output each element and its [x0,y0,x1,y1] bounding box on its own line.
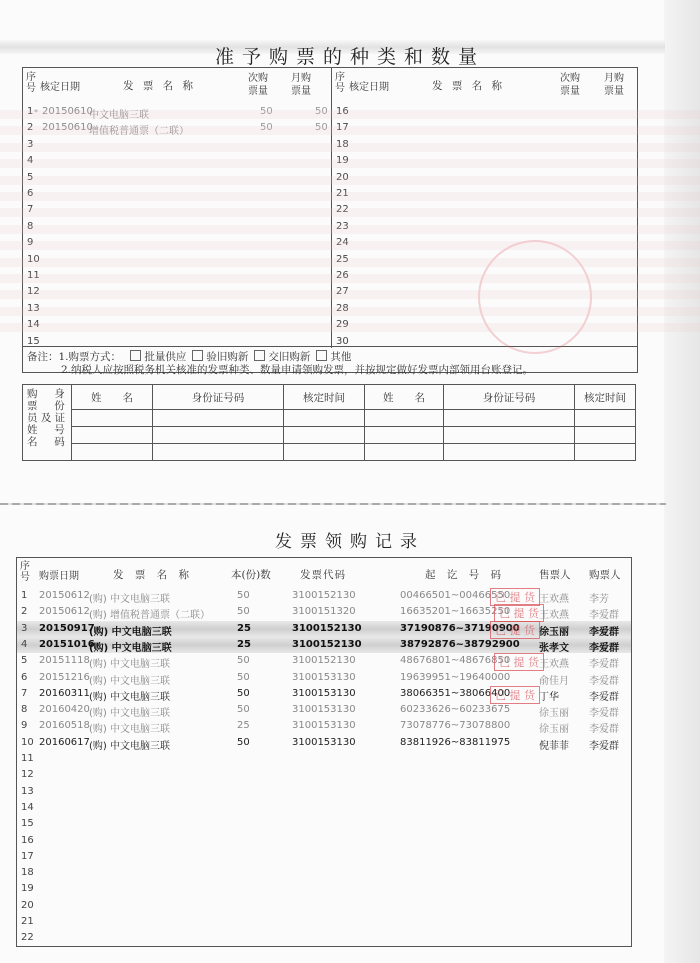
header-name: 发 票 名 称 [432,78,505,93]
header-name: 发 票 名 称 [123,78,196,93]
row-buyer: 李爱群 [589,672,619,687]
buyer-cell[interactable] [444,444,575,461]
approved-types-header: 序号核定日期发 票 名 称次购 票量月购 票量 [23,68,331,100]
row-number: 1 [21,590,27,601]
row-code: 3100153130 [292,737,356,748]
header-id-1: 身份证号码 [153,385,284,410]
buyer-cell[interactable] [284,410,365,427]
record-row: 11 [17,751,631,767]
row-code: 3100153130 [292,688,356,699]
row-name: (购) 中文电脑三联 [89,704,170,719]
row-number: 6 [21,672,27,683]
row-number: 19 [21,883,34,894]
record-row: 920160518(购) 中文电脑三联25310015313073078776~… [17,718,631,734]
row-buyer: 李爱群 [589,655,619,670]
header-per-month: 月购 票量 [604,72,624,98]
received-stamp: 已 提 货 [490,588,540,606]
buyer-cell[interactable] [444,427,575,444]
header-date: 核定日期 [40,78,80,93]
row-seller: 徐玉丽 [539,623,569,638]
row-number: 3 [21,623,27,634]
row-date: 20150917 [39,623,95,634]
row-code: 3100152130 [292,655,356,666]
row-date: 20150612 [39,590,90,601]
buyer-cell[interactable] [72,444,153,461]
header-name-1: 姓 名 [72,385,153,410]
scan-tint-band [0,323,700,332]
buyer-cell[interactable] [444,410,575,427]
buyer-cell[interactable] [575,444,636,461]
row-number: 5 [21,655,27,666]
scan-tint-band [0,241,700,250]
row-number: 15 [21,818,34,829]
buyer-cell[interactable] [153,410,284,427]
row-number: 20 [21,900,34,911]
scan-tint-band [0,274,700,283]
buyer-cell[interactable] [284,444,365,461]
record-row: 17 [17,849,631,865]
buyer-cell[interactable] [72,410,153,427]
buyer-cell[interactable] [72,427,153,444]
buyer-cell[interactable] [284,427,365,444]
row-count: 50 [237,672,250,683]
header-per-purchase: 次购 票量 [560,72,580,98]
record-row: 620151216(购) 中文电脑三联50310015313019639951~… [17,670,631,686]
record-row: 16 [17,833,631,849]
row-code: 3100153130 [292,720,356,731]
row-seller: 张孝文 [539,639,569,654]
checkbox-icon[interactable] [130,350,141,361]
row-name: (购) 中文电脑三联 [89,737,170,752]
row-number: 9 [21,720,27,731]
header-date: 核定日期 [349,78,389,93]
row-buyer: 李爱群 [589,688,619,703]
row-number: 12 [21,769,34,780]
header-seq: 序号 [26,72,36,94]
record-row: 13 [17,784,631,800]
buyer-cell[interactable] [365,444,444,461]
row-number: 2 [21,606,27,617]
row-date: 20160518 [39,720,90,731]
buyer-cell[interactable] [153,427,284,444]
row-range: 38792876~38792900 [400,639,520,650]
row-name: (购) 中文电脑三联 [89,590,170,605]
record-row: 21 [17,914,631,930]
row-seller: 丁华 [539,688,559,703]
buyer-cell[interactable] [365,427,444,444]
header-time-2: 核定时间 [575,385,636,410]
row-buyer: 李爱群 [589,623,619,638]
record-row: 22 [17,930,631,946]
received-stamp: 已 提 货 [490,686,540,704]
row-number: 14 [21,802,34,813]
header-count: 本(份)数 [231,567,271,582]
header-name-2: 姓 名 [365,385,444,410]
row-number: 15 [27,336,40,347]
buyer-cell[interactable] [575,410,636,427]
row-count: 50 [237,704,250,715]
row-range: 73078776~73078800 [400,720,510,731]
received-stamp: 已 提 货 [494,604,544,622]
row-date: 20151016 [39,639,95,650]
approved-types-header: 序号核定日期发 票 名 称次购 票量月购 票量 [332,68,637,100]
record-row: 12 [17,767,631,783]
buyer-cell[interactable] [365,410,444,427]
page-fold-line [0,503,666,505]
row-number: 7 [21,688,27,699]
row-number: 13 [21,786,34,797]
row-buyer: 李爱群 [589,720,619,735]
row-seller: 徐玉丽 [539,704,569,719]
checkbox-icon[interactable] [254,350,265,361]
row-seller: 俞佳月 [539,672,569,687]
row-number: 11 [21,753,34,764]
header-date: 购票日期 [39,567,79,582]
row-buyer: 李爱群 [589,737,619,752]
row-count: 50 [237,737,250,748]
scan-tint-band [0,176,700,185]
row-range: 19639951~19640000 [400,672,510,683]
row-count: 25 [237,639,251,650]
row-count: 25 [237,720,250,731]
row-date: 20151216 [39,672,90,683]
row-range: 60233626~60233675 [400,704,510,715]
section-title-purchase-records: 发票领购记录 [0,527,700,552]
row-count: 50 [237,606,250,617]
header-id-2: 身份证号码 [444,385,575,410]
row-buyer: 李爱群 [589,639,619,654]
scan-tint-band [0,159,700,168]
row-name: (购) 增值税普通票（二联） [89,606,210,621]
header-seller: 售票人 [539,567,571,582]
header-buyer: 购票人 [589,567,621,582]
row-name: (购) 中文电脑三联 [89,688,170,703]
row-date: 20160311 [39,688,90,699]
row-date: 20151118 [39,655,90,666]
row-date: 20160420 [39,704,90,715]
buyer-id-table: 购 身票 份员 及 证姓 号名 码 姓 名 身份证号码 核定时间 姓 名 身份证… [22,384,636,461]
row-number: 18 [21,867,34,878]
row-count: 25 [237,623,251,634]
header-range: 起 讫 号 码 [425,567,505,582]
scan-tint-band [0,126,700,135]
row-name: (购) 中文电脑三联 [89,655,170,670]
row-buyer: 李爱群 [589,606,619,621]
row-count: 50 [237,688,250,699]
received-stamp: 已 提 货 [490,621,540,639]
row-code: 3100153130 [292,704,356,715]
record-row: 420151016(购) 中文电脑三联25310015213038792876~… [17,637,631,653]
scan-tint-band [0,192,700,201]
header-code: 发票代码 [300,567,346,582]
received-stamp: 已 提 货 [494,653,544,671]
row-number: 17 [21,851,34,862]
row-number: 4 [21,639,27,650]
record-row: 15 [17,816,631,832]
row-date: 20150612 [39,606,90,617]
row-name: (购) 中文电脑三联 [89,639,172,654]
checkbox-icon[interactable] [316,350,327,361]
record-row: 19 [17,881,631,897]
header-per-month: 月购 票量 [291,72,311,98]
row-code: 3100152130 [292,623,362,634]
buyer-row-label: 购 身票 份员 及 证姓 号名 码 [23,385,72,461]
checkbox-icon[interactable] [192,350,203,361]
row-code: 3100152130 [292,639,362,650]
remarks-line2: 2.纳税人应按照税务机关核准的发票种类、数量申请领购发票，并按规定做好发票内部领… [61,362,533,377]
header-time-1: 核定时间 [284,385,365,410]
record-row: 20 [17,898,631,914]
row-name: (购) 中文电脑三联 [89,720,170,735]
header-seq: 序号 [20,561,30,583]
row-seller: 徐玉丽 [539,720,569,735]
buyer-row-label-text: 购 身票 份员 及 证姓 号名 码 [23,385,71,451]
record-row: 18 [17,865,631,881]
row-number: 22 [21,932,34,943]
row-date: 20160617 [39,737,90,748]
row-count: 50 [237,590,250,601]
header-name: 发 票 名 称 [113,567,193,582]
scan-tint-band [0,258,700,267]
row-number: 8 [21,704,27,715]
record-row: 820160420(购) 中文电脑三联50310015313060233626~… [17,702,631,718]
scan-tint-band [0,110,700,119]
row-buyer: 李芳 [589,590,609,605]
row-range: 83811926~83811975 [400,737,510,748]
row-name: (购) 中文电脑三联 [89,672,170,687]
record-row: 14 [17,800,631,816]
header-seq: 序号 [335,72,345,94]
row-number: 30 [336,336,349,347]
row-number: 21 [21,916,34,927]
buyer-cell[interactable] [153,444,284,461]
scan-tint-band [0,290,700,299]
row-seller: 倪菲菲 [539,737,569,752]
record-row: 1020160617(购) 中文电脑三联50310015313083811926… [17,735,631,751]
header-per-purchase: 次购 票量 [248,72,268,98]
row-number: 10 [21,737,34,748]
row-name: (购) 中文电脑三联 [89,623,172,638]
scan-tint-band [0,307,700,316]
section-title-approved-types: 准予购票的种类和数量 [0,42,700,69]
records-header: 序号购票日期发 票 名 称本(份)数发票代码起 讫 号 码售票人购票人 [17,558,631,588]
scan-tint-band [0,225,700,234]
row-number: 16 [21,835,34,846]
scan-tint-band [0,208,700,217]
row-code: 3100151320 [292,606,356,617]
row-buyer: 李爱群 [589,704,619,719]
row-seller: 王欢燕 [539,590,569,605]
buyer-cell[interactable] [575,427,636,444]
row-count: 50 [237,655,250,666]
row-code: 3100152130 [292,590,356,601]
row-code: 3100153130 [292,672,356,683]
scan-tint-band [0,143,700,152]
